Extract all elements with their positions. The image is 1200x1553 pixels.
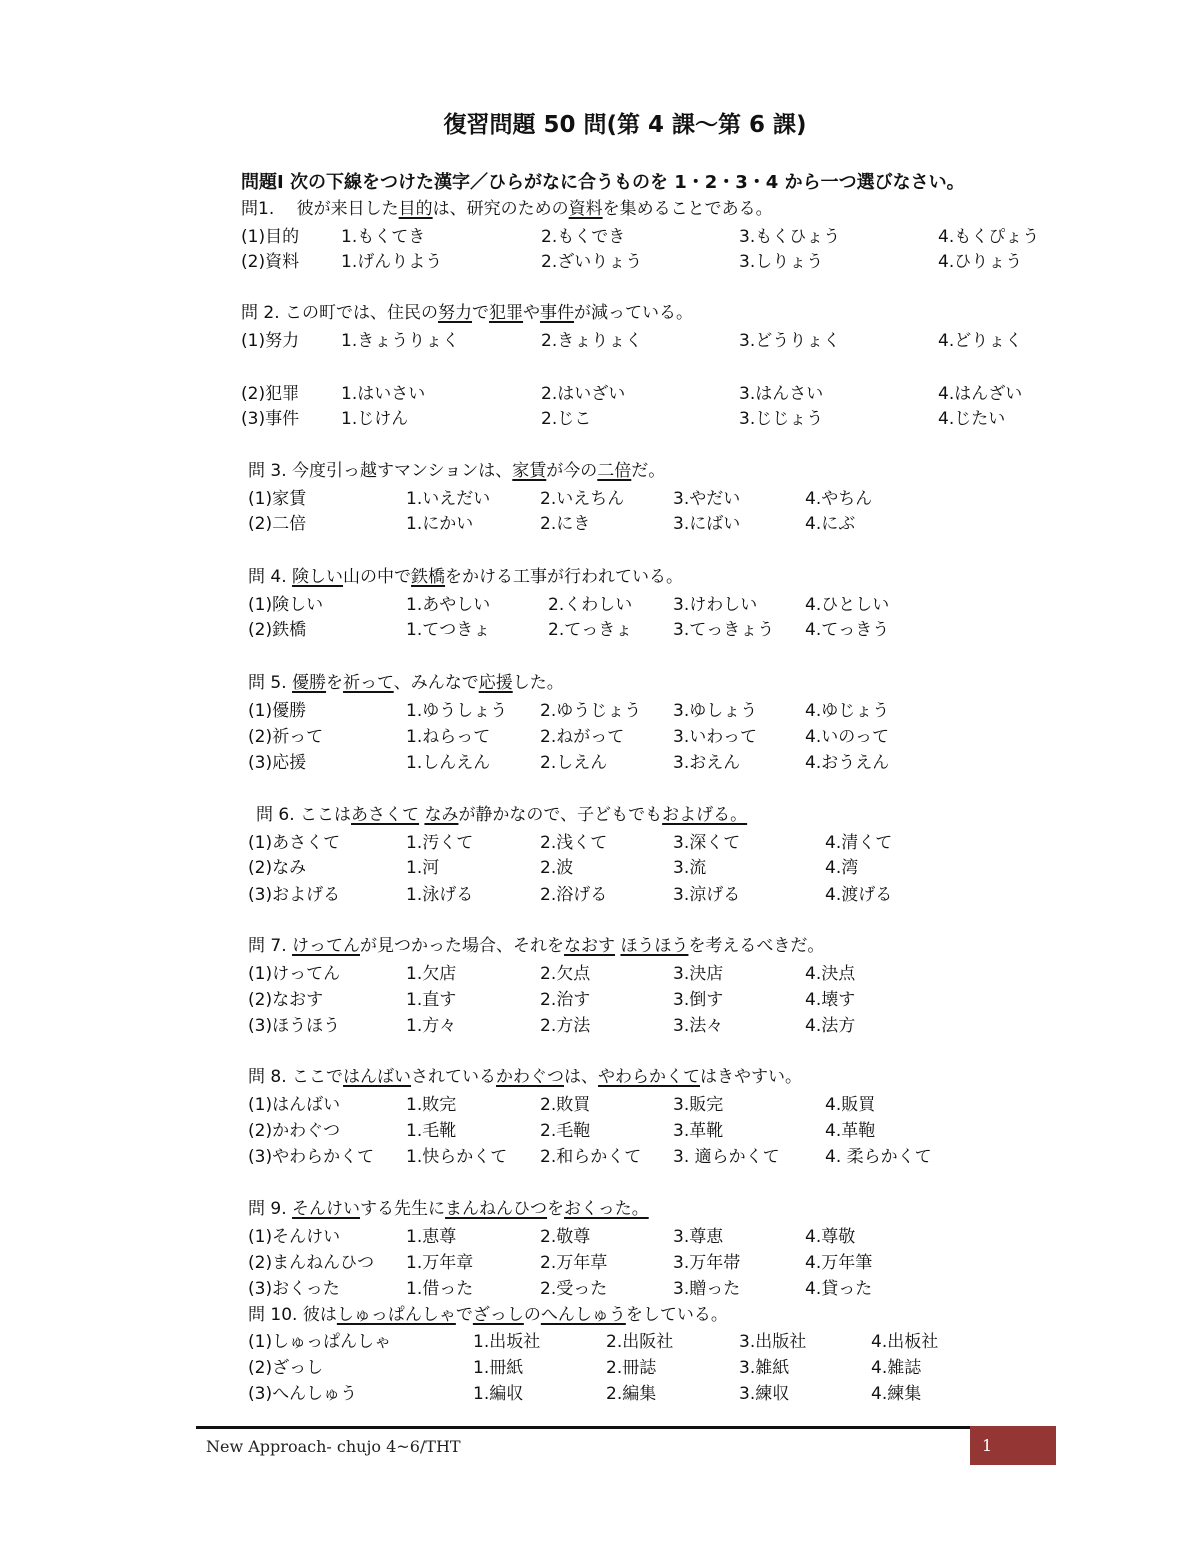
answer-option: 1.もくてき — [341, 222, 425, 247]
answer-option: 4.法方 — [805, 1011, 855, 1036]
answer-option: 2.浅くて — [540, 828, 607, 853]
item-label: (2)二倍 — [248, 509, 306, 534]
underlined-target-word: まんねんひつ — [445, 1199, 547, 1219]
underlined-target-word: 資料 — [569, 199, 603, 219]
answer-option: 3.てっきょう — [673, 615, 774, 640]
answer-option: 2.ねがって — [540, 722, 624, 747]
underlined-target-word: 険しい — [292, 567, 343, 587]
question-number: 問 4. — [248, 567, 287, 587]
answer-option: 3.練収 — [739, 1379, 789, 1404]
answer-option: 1.毛靴 — [406, 1116, 456, 1141]
sentence-text: をしている。 — [626, 1305, 728, 1325]
underlined-target-word: 目的 — [399, 199, 433, 219]
answer-option: 4.やちん — [805, 484, 872, 509]
answer-option: 2.しえん — [540, 748, 607, 773]
sentence-text: が見つかった場合、それを — [360, 936, 564, 956]
sentence-text: を — [547, 1199, 564, 1219]
question-sentence: 問 7. けってんが見つかった場合、それをなおす ほうほうを考えるべきだ。 — [248, 931, 824, 956]
item-label: (1)そんけい — [248, 1222, 340, 1247]
answer-option: 3.にばい — [673, 509, 740, 534]
sentence-text: だ。 — [631, 461, 665, 481]
sentence-text: を考えるべきだ。 — [688, 936, 824, 956]
item-label: (1)険しい — [248, 590, 323, 615]
answer-option: 2.敬尊 — [540, 1222, 590, 1247]
underlined-target-word: 祈って — [343, 673, 394, 693]
question-sentence: 問 8. ここではんばいされているかわぐつは、やわらかくてはきやすい。 — [248, 1062, 802, 1087]
item-label: (1)けってん — [248, 959, 340, 984]
underlined-target-word: けってん — [292, 936, 360, 956]
answer-option: 1.ねらって — [406, 722, 490, 747]
item-label: (1)目的 — [241, 222, 299, 247]
underlined-target-word: 事件 — [540, 303, 574, 323]
answer-option: 3.もくひょう — [739, 222, 840, 247]
answer-option: 4.壊す — [805, 985, 855, 1010]
item-label: (2)まんねんひつ — [248, 1248, 374, 1273]
item-label: (2)なおす — [248, 985, 323, 1010]
underlined-target-word: およげる。 — [662, 805, 747, 825]
underlined-target-word: へんしゅう — [541, 1305, 626, 1325]
answer-option: 3.はんさい — [739, 379, 823, 404]
answer-option: 1.きょうりょく — [341, 326, 459, 351]
answer-option: 2.はいざい — [541, 379, 625, 404]
sentence-text: 彼が来日した — [280, 199, 399, 219]
item-label: (2)かわぐつ — [248, 1116, 340, 1141]
answer-option: 2.欠点 — [540, 959, 590, 984]
answer-option: 2.出阪社 — [606, 1327, 673, 1352]
sentence-text: をかける工事が行われている。 — [445, 567, 683, 587]
answer-option: 4.おうえん — [805, 748, 889, 773]
answer-option: 1.ゆうしょう — [406, 696, 507, 721]
item-label: (3)やわらかくて — [248, 1142, 374, 1167]
question-sentence: 問 3. 今度引っ越すマンションは、家賃が今の二倍だ。 — [248, 456, 665, 481]
answer-option: 3.深くて — [673, 828, 740, 853]
answer-option: 2.浴げる — [540, 880, 607, 905]
question-number: 問 9. — [248, 1199, 287, 1219]
answer-option: 3.おえん — [673, 748, 740, 773]
answer-option: 2.きょりょく — [541, 326, 642, 351]
question-number: 問 3. — [248, 461, 287, 481]
answer-option: 2.編集 — [606, 1379, 656, 1404]
answer-option: 2.ゆうじょう — [540, 696, 641, 721]
item-label: (1)優勝 — [248, 696, 306, 721]
answer-option: 2.くわしい — [548, 590, 632, 615]
sentence-text: この町では、住民の — [285, 303, 438, 323]
underlined-target-word: なみ — [424, 805, 458, 825]
answer-option: 1.河 — [406, 853, 439, 878]
answer-option: 3.倒す — [673, 985, 723, 1010]
answer-option: 3.出版社 — [739, 1327, 806, 1352]
answer-option: 4.にぶ — [805, 509, 855, 534]
answer-option: 4.革鞄 — [825, 1116, 875, 1141]
answer-option: 3.しりょう — [739, 247, 823, 272]
answer-option: 4.どりょく — [938, 326, 1022, 351]
item-label: (1)しゅっぱんしゃ — [248, 1327, 391, 1352]
answer-option: 1.編収 — [473, 1379, 523, 1404]
sentence-text: が減っている。 — [574, 303, 693, 323]
answer-option: 4.てっきう — [805, 615, 889, 640]
question-number: 問 2. — [241, 303, 280, 323]
answer-option: 4.はんざい — [938, 379, 1022, 404]
answer-option: 2.いえちん — [540, 484, 624, 509]
answer-option: 3. 適らかくて — [673, 1142, 780, 1167]
answer-option: 2.受った — [540, 1274, 607, 1299]
answer-option: 3.万年帯 — [673, 1248, 740, 1273]
underlined-target-word: 犯罪 — [489, 303, 523, 323]
answer-option: 3.じじょう — [739, 404, 823, 429]
answer-option: 3.尊恵 — [673, 1222, 723, 1247]
underlined-target-word: ほうほう — [620, 936, 688, 956]
answer-option: 4.いのって — [805, 722, 889, 747]
item-label: (3)およげる — [248, 880, 340, 905]
answer-option: 4. 柔らかくて — [825, 1142, 932, 1167]
answer-option: 2.毛鞄 — [540, 1116, 590, 1141]
answer-option: 4.販買 — [825, 1090, 875, 1115]
answer-option: 4.ひとしい — [805, 590, 889, 615]
answer-option: 1.直す — [406, 985, 456, 1010]
answer-option: 3.ゆしょう — [673, 696, 757, 721]
underlined-target-word: かわぐつ — [496, 1067, 564, 1087]
footer-text: New Approach- chujo 4~6/THT — [206, 1437, 461, 1456]
underlined-target-word: やわらかくて — [598, 1067, 700, 1087]
underlined-target-word: そんけい — [292, 1199, 360, 1219]
question-sentence: 問 6. ここはあさくて なみが静かなので、子どもでもおよげる。 — [256, 800, 747, 825]
question-sentence: 問1. 彼が来日した目的は、研究のための資料を集めることである。 — [241, 194, 773, 219]
answer-option: 1.敗完 — [406, 1090, 456, 1115]
answer-option: 1.にかい — [406, 509, 473, 534]
answer-option: 4.出板社 — [871, 1327, 938, 1352]
item-label: (2)資料 — [241, 247, 299, 272]
sentence-text: 今度引っ越すマンションは、 — [292, 461, 512, 481]
answer-option: 2.冊誌 — [606, 1353, 656, 1378]
item-label: (2)なみ — [248, 853, 306, 878]
section-instruction: 問題Ⅰ 次の下線をつけた漢字／ひらがなに合うものを 1・2・3・4 から一つ選び… — [241, 168, 965, 194]
answer-option: 1.はいさい — [341, 379, 425, 404]
answer-option: 4.もくぴょう — [938, 222, 1039, 247]
answer-option: 1.冊紙 — [473, 1353, 523, 1378]
answer-option: 2.万年草 — [540, 1248, 607, 1273]
sentence-text: ここで — [292, 1067, 343, 1087]
sentence-text: や — [523, 303, 540, 323]
item-label: (1)はんばい — [248, 1090, 340, 1115]
answer-option: 4.尊敬 — [805, 1222, 855, 1247]
sentence-text: 、みんなで — [394, 673, 479, 693]
answer-option: 4.雑誌 — [871, 1353, 921, 1378]
answer-option: 1.汚くて — [406, 828, 473, 853]
underlined-target-word: あさくて — [351, 805, 419, 825]
underlined-target-word: はんばい — [343, 1067, 411, 1087]
sentence-text: した。 — [513, 673, 564, 693]
answer-option: 2.にき — [540, 509, 590, 534]
answer-option: 4.じたい — [938, 404, 1005, 429]
answer-option: 4.渡げる — [825, 880, 892, 905]
item-label: (3)おくった — [248, 1274, 340, 1299]
sentence-text: で — [456, 1305, 473, 1325]
question-sentence: 問 9. そんけいする先生にまんねんひつをおくった。 — [248, 1194, 649, 1219]
answer-option: 3.法々 — [673, 1011, 723, 1036]
answer-option: 4.清くて — [825, 828, 892, 853]
sentence-text: で — [472, 303, 489, 323]
question-number: 問 7. — [248, 936, 287, 956]
item-label: (2)鉄橋 — [248, 615, 306, 640]
sentence-text: を集めることである。 — [603, 199, 773, 219]
answer-option: 2.方法 — [540, 1011, 590, 1036]
answer-option: 3.贈った — [673, 1274, 740, 1299]
answer-option: 3.決店 — [673, 959, 723, 984]
answer-option: 3.流 — [673, 853, 706, 878]
question-sentence: 問 4. 険しい山の中で鉄橋をかける工事が行われている。 — [248, 562, 683, 587]
answer-option: 2.ざいりょう — [541, 247, 642, 272]
answer-option: 2.てっきょ — [548, 615, 632, 640]
answer-option: 2.波 — [540, 853, 573, 878]
answer-option: 1.いえだい — [406, 484, 490, 509]
sentence-text: はきやすい。 — [700, 1067, 802, 1087]
item-label: (2)祈って — [248, 722, 323, 747]
question-sentence: 問 10. 彼はしゅっぱんしゃでざっしのへんしゅうをしている。 — [248, 1300, 728, 1325]
item-label: (3)ほうほう — [248, 1011, 340, 1036]
item-label: (2)犯罪 — [241, 379, 299, 404]
answer-option: 1.じけん — [341, 404, 408, 429]
answer-option: 1.泳げる — [406, 880, 473, 905]
answer-option: 3.雑紙 — [739, 1353, 789, 1378]
answer-option: 2.もくでき — [541, 222, 625, 247]
answer-option: 1.恵尊 — [406, 1222, 456, 1247]
sentence-text: を — [326, 673, 343, 693]
underlined-target-word: 努力 — [438, 303, 472, 323]
answer-option: 3.革靴 — [673, 1116, 723, 1141]
sentence-text: 山の中で — [343, 567, 411, 587]
underlined-target-word: ざっし — [473, 1305, 524, 1325]
underlined-target-word: なおす — [564, 936, 615, 956]
answer-option: 3.どうりょく — [739, 326, 840, 351]
answer-option: 3.涼げる — [673, 880, 740, 905]
sentence-text: が静かなので、子どもでも — [458, 805, 662, 825]
sentence-text: が今の — [546, 461, 597, 481]
sentence-text: の — [524, 1305, 541, 1325]
answer-option: 1.てつきょ — [406, 615, 490, 640]
answer-option: 3.いわって — [673, 722, 757, 747]
document-page: 復習問題 50 問(第 4 課〜第 6 課) 問題Ⅰ 次の下線をつけた漢字／ひら… — [0, 0, 1200, 1553]
answer-option: 1.しんえん — [406, 748, 490, 773]
item-label: (3)事件 — [241, 404, 299, 429]
answer-option: 4.決点 — [805, 959, 855, 984]
item-label: (3)へんしゅう — [248, 1379, 357, 1404]
question-number: 問 10. — [248, 1305, 297, 1325]
answer-option: 2.敗買 — [540, 1090, 590, 1115]
underlined-target-word: 応援 — [479, 673, 513, 693]
item-label: (1)家賃 — [248, 484, 306, 509]
answer-option: 4.練集 — [871, 1379, 921, 1404]
answer-option: 4.貸った — [805, 1274, 872, 1299]
sentence-text: は、研究のための — [433, 199, 569, 219]
question-number: 問 8. — [248, 1067, 287, 1087]
item-label: (2)ざっし — [248, 1353, 323, 1378]
sentence-text: ここは — [300, 805, 351, 825]
underlined-target-word: 鉄橋 — [411, 567, 445, 587]
answer-option: 4.ひりょう — [938, 247, 1022, 272]
sentence-text: 彼は — [303, 1305, 337, 1325]
sentence-text: は、 — [564, 1067, 598, 1087]
underlined-target-word: しゅっぱんしゃ — [337, 1305, 456, 1325]
question-number: 問1. — [241, 199, 274, 219]
answer-option: 1.万年章 — [406, 1248, 473, 1273]
underlined-target-word: 二倍 — [597, 461, 631, 481]
answer-option: 4.ゆじょう — [805, 696, 889, 721]
answer-option: 1.借った — [406, 1274, 473, 1299]
answer-option: 1.快らかくて — [406, 1142, 507, 1167]
answer-option: 4.湾 — [825, 853, 858, 878]
question-sentence: 問 2. この町では、住民の努力で犯罪や事件が減っている。 — [241, 298, 693, 323]
sentence-text: されている — [411, 1067, 496, 1087]
page-number: 1 — [982, 1436, 992, 1455]
underlined-target-word: 家賃 — [512, 461, 546, 481]
item-label: (3)応援 — [248, 748, 306, 773]
answer-option: 3.けわしい — [673, 590, 757, 615]
underlined-target-word: おくった。 — [564, 1199, 649, 1219]
answer-option: 1.欠店 — [406, 959, 456, 984]
answer-option: 1.出坂社 — [473, 1327, 540, 1352]
question-sentence: 問 5. 優勝を祈って、みんなで応援した。 — [248, 668, 564, 693]
answer-option: 3.販完 — [673, 1090, 723, 1115]
item-label: (1)努力 — [241, 326, 299, 351]
footer-divider — [196, 1426, 970, 1429]
answer-option: 2.和らかくて — [540, 1142, 641, 1167]
item-label: (1)あさくて — [248, 828, 340, 853]
page-number-box: 1 — [970, 1426, 1056, 1465]
page-title: 復習問題 50 問(第 4 課〜第 6 課) — [0, 106, 1200, 139]
underlined-target-word: 優勝 — [292, 673, 326, 693]
answer-option: 3.やだい — [673, 484, 740, 509]
answer-option: 1.方々 — [406, 1011, 456, 1036]
answer-option: 4.万年筆 — [805, 1248, 872, 1273]
question-number: 問 5. — [248, 673, 287, 693]
answer-option: 2.治す — [540, 985, 590, 1010]
answer-option: 1.げんりよう — [341, 247, 442, 272]
question-number: 問 6. — [256, 805, 295, 825]
sentence-text: する先生に — [360, 1199, 445, 1219]
answer-option: 1.あやしい — [406, 590, 490, 615]
answer-option: 2.じこ — [541, 404, 591, 429]
